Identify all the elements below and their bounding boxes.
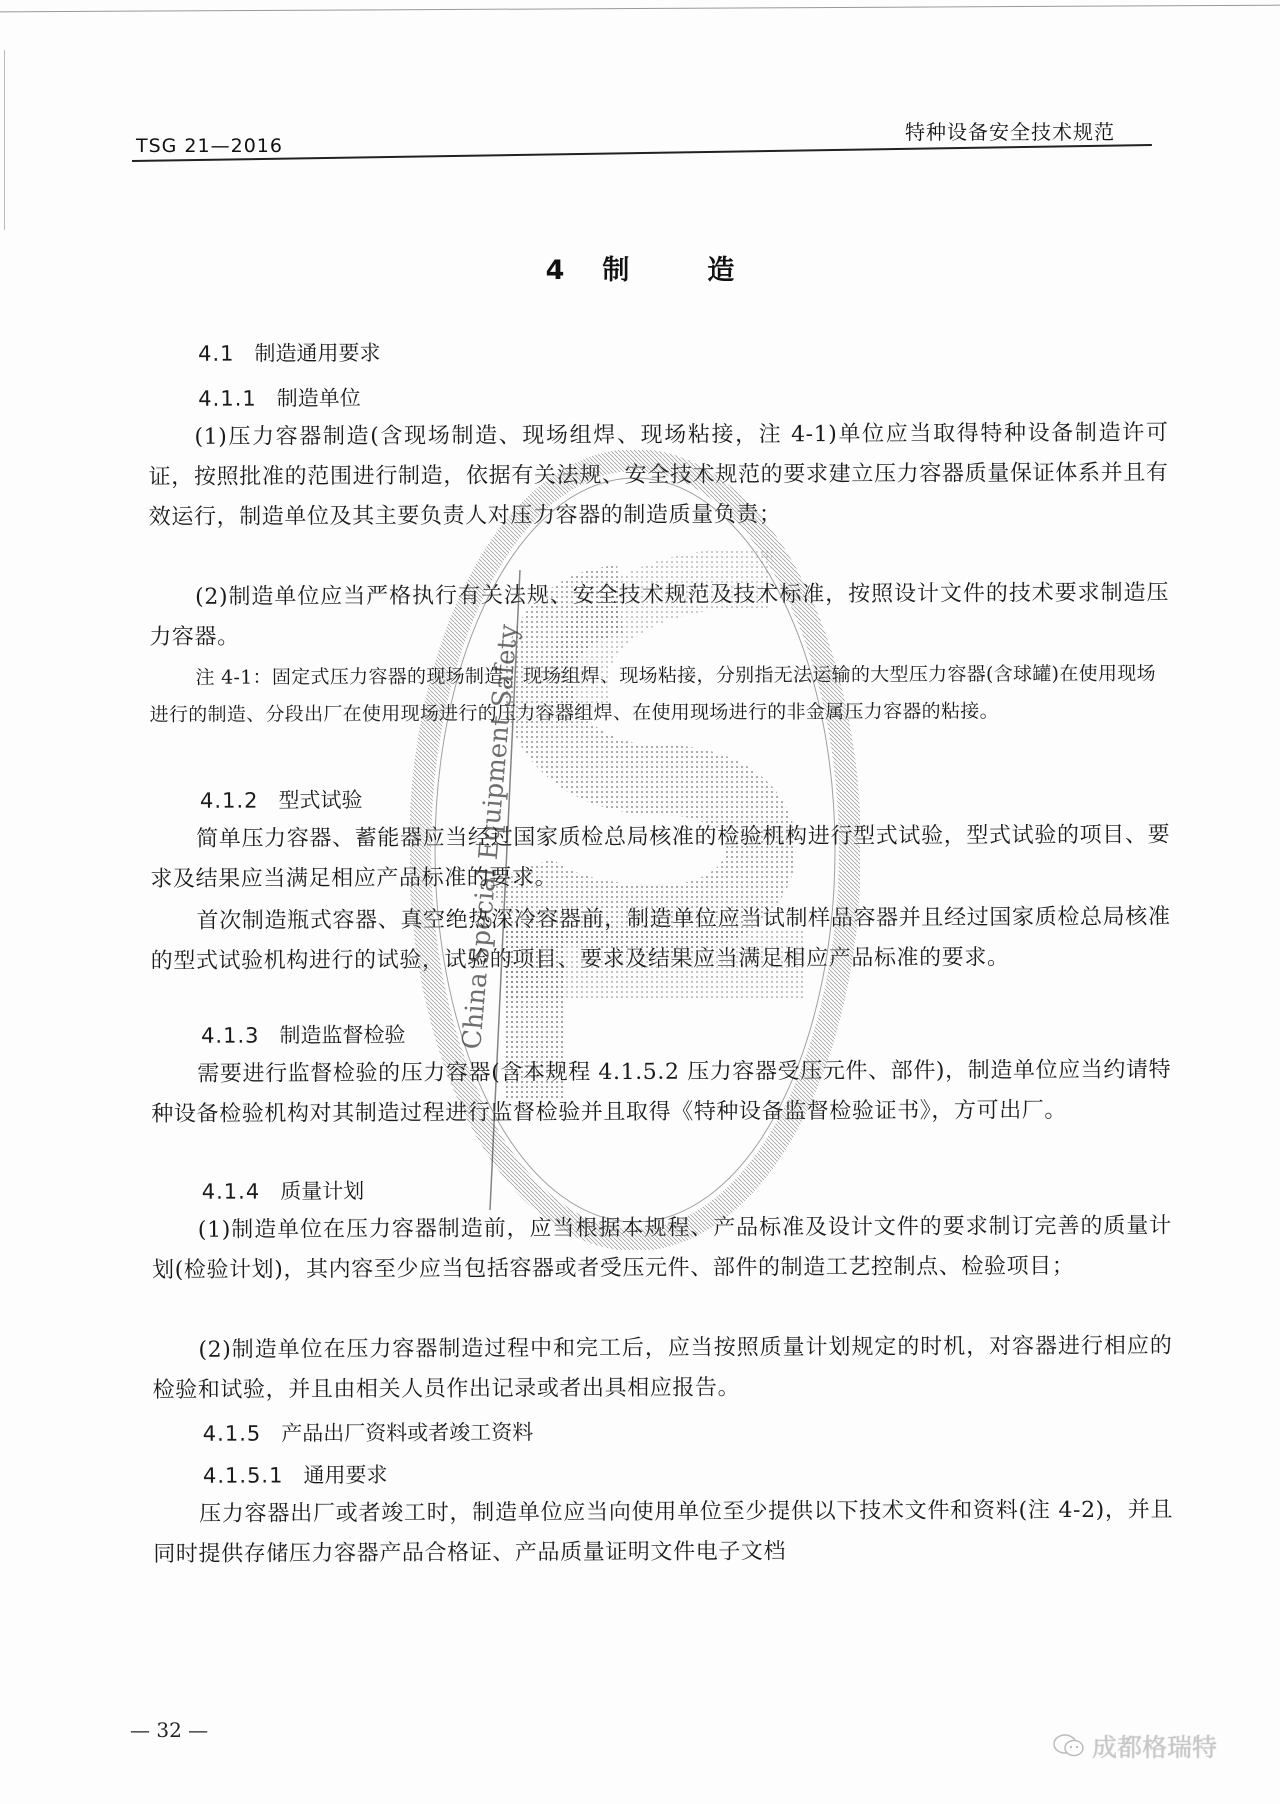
paragraph-4-1-1-item-2: (2)制造单位应当严格执行有关法规、安全技术规范及技术标准，按照设计文件的技术要… — [149, 574, 1169, 658]
wechat-icon — [1052, 1733, 1086, 1759]
note-4-1: 注 4-1：固定式压力容器的现场制造、现场组焊、现场粘接，分别指无法运输的大型压… — [149, 656, 1169, 734]
paragraph-4-1-2-1: 简单压力容器、蓄能器应当经过国家质检总局核准的检验机构进行型式试验，型式试验的项… — [150, 816, 1170, 900]
chapter-title-part2: 造 — [707, 255, 734, 286]
header-rule — [132, 144, 1152, 162]
watermark-text: 成都格瑞特 — [1092, 1728, 1217, 1764]
section-title: 制造监督检验 — [279, 1023, 405, 1048]
section-number: 4.1.3 — [201, 1024, 260, 1048]
paragraph-4-1-2-2: 首次制造瓶式容器、真空绝热深冷容器前，制造单位应当试制样品容器并且经过国家质检总… — [150, 898, 1170, 982]
chapter-title: 4制造 — [0, 248, 1280, 287]
section-title: 制造通用要求 — [254, 341, 380, 366]
wechat-watermark: 成都格瑞特 — [1052, 1728, 1217, 1764]
section-heading-4-1: 4.1制造通用要求 — [198, 333, 1218, 367]
section-heading-4-1-4: 4.1.4质量计划 — [202, 1171, 1222, 1205]
paragraph-4-1-5-1-1: 压力容器出厂或者竣工时，制造单位应当向使用单位至少提供以下技术文件和资料(注 4… — [153, 1491, 1173, 1575]
header-title: 特种设备安全技术规范 — [905, 116, 1115, 145]
section-number: 4.1 — [198, 342, 235, 366]
section-heading-4-1-5: 4.1.5产品出厂资料或者竣工资料 — [203, 1413, 1223, 1447]
paragraph-4-1-1-item-1: (1)压力容器制造(含现场制造、现场组焊、现场粘接，注 4-1)单位应当取得特种… — [148, 414, 1169, 538]
scan-left-edge — [4, 50, 5, 230]
paragraph-4-1-3-1: 需要进行监督检验的压力容器(含本规程 4.1.5.2 压力容器受压元件、部件)，… — [151, 1051, 1171, 1135]
document-page: TSG 21—2016 特种设备安全技术规范 4制造 4.1制造通用要求 4.1… — [0, 0, 1280, 1804]
section-title: 制造单位 — [277, 386, 361, 410]
section-number: 4.1.4 — [202, 1180, 261, 1204]
section-heading-4-1-5-1: 4.1.5.1通用要求 — [203, 1455, 1223, 1489]
paragraph-4-1-4-item-1: (1)制造单位在压力容器制造前，应当根据本规程、产品标准及设计文件的要求制订完善… — [152, 1207, 1172, 1291]
standard-code: TSG 21—2016 — [136, 135, 283, 157]
document-body: 4.1制造通用要求 4.1.1制造单位 (1)压力容器制造(含现场制造、现场组焊… — [148, 334, 1168, 338]
section-title: 产品出厂资料或者竣工资料 — [281, 1420, 533, 1445]
page-number: — 32 — — [130, 1718, 208, 1742]
chapter-number: 4 — [546, 255, 565, 286]
section-title: 通用要求 — [303, 1463, 387, 1487]
chapter-title-part1: 制 — [602, 255, 629, 286]
section-title: 质量计划 — [280, 1179, 364, 1203]
section-title: 型式试验 — [278, 788, 362, 812]
section-number: 4.1.1 — [198, 387, 257, 411]
section-number: 4.1.5.1 — [203, 1463, 284, 1487]
paragraph-4-1-4-item-2: (2)制造单位在压力容器制造过程中和完工后，应当按照质量计划规定的时机，对容器进… — [152, 1327, 1172, 1411]
scan-top-edge — [0, 5, 1280, 13]
section-heading-4-1-3: 4.1.3制造监督检验 — [201, 1015, 1221, 1049]
section-number: 4.1.2 — [200, 789, 259, 813]
section-heading-4-1-2: 4.1.2型式试验 — [200, 780, 1220, 814]
section-number: 4.1.5 — [203, 1422, 262, 1446]
section-heading-4-1-1: 4.1.1制造单位 — [198, 378, 1218, 412]
